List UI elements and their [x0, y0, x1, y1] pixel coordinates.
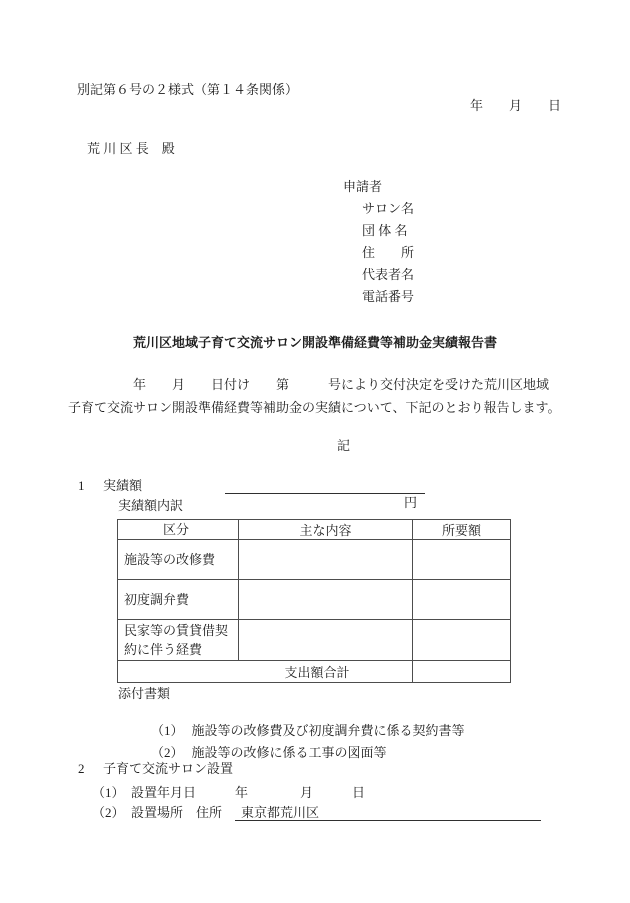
applicant-field-organization-name: 団 体 名 [343, 220, 414, 242]
body-paragraph-line1: 年 月 日付け 第 号により交付決定を受けた荒川区地域 [68, 376, 549, 393]
section2-number: 2 [78, 760, 85, 777]
installation-place-prefix: （2） 設置場所 住所 [92, 804, 235, 821]
total-label-cell: 支出額合計 [118, 661, 413, 683]
body-paragraph-line2: 子育て交流サロン開設準備経費等補助金の実績について、下記のとおり報告します。 [68, 399, 560, 416]
attachment-item-2-text: 施設等の改修に係る工事の図面等 [192, 745, 387, 760]
installation-date-line: （1） 設置年月日 年 月 日 [92, 784, 365, 801]
section1-subheading: 実績額内訳 [118, 497, 183, 514]
table-header-amount: 所要額 [413, 520, 511, 540]
attachment-item-2-number: （2） [151, 745, 184, 760]
row-amount-cell [413, 540, 511, 580]
table-header-content: 主な内容 [239, 520, 413, 540]
expense-breakdown-table: 区分 主な内容 所要額 施設等の改修費 初度調弁費 民家等の賃貸借契約に伴う経費… [117, 519, 511, 683]
applicant-field-representative-name: 代表者名 [343, 264, 414, 286]
row-content-cell [239, 540, 413, 580]
table-header-category: 区分 [118, 520, 239, 540]
section2-heading: 子育て交流サロン設置 [103, 760, 233, 777]
date-line: 年 月 日 [470, 97, 561, 114]
row-category-renovation: 施設等の改修費 [118, 540, 239, 580]
applicant-field-address: 住 所 [343, 242, 414, 264]
applicant-field-salon-name: サロン名 [343, 198, 414, 220]
document-page: 別記第６号の２様式（第１４条関係） 年 月 日 荒 川 区 長 殿 申請者 サロ… [0, 0, 630, 903]
applicant-block: 申請者 サロン名 団 体 名 住 所 代表者名 電話番号 [343, 176, 414, 308]
table-row: 初度調弁費 [118, 580, 511, 620]
table-row: 民家等の賃貸借契約に伴う経費 [118, 620, 511, 661]
section1-number: 1 [78, 477, 85, 494]
row-amount-cell [413, 620, 511, 661]
document-title: 荒川区地域子育て交流サロン開設準備経費等補助金実績報告書 [0, 334, 630, 351]
row-content-cell [239, 580, 413, 620]
table-row: 施設等の改修費 [118, 540, 511, 580]
row-content-cell [239, 620, 413, 661]
form-number: 別記第６号の２様式（第１４条関係） [77, 81, 298, 98]
attachments-label: 添付書類 [118, 685, 170, 702]
total-amount-cell [413, 661, 511, 683]
record-mark: 記 [337, 437, 350, 454]
applicant-field-phone-number: 電話番号 [343, 286, 414, 308]
applicant-label: 申請者 [343, 176, 414, 198]
amount-fill-line: 円 [225, 477, 425, 494]
row-category-initial-supplies: 初度調弁費 [118, 580, 239, 620]
section1-heading: 実績額 [103, 477, 142, 494]
row-category-lease-expense: 民家等の賃貸借契約に伴う経費 [118, 620, 239, 661]
amount-unit-label: 円 [404, 495, 417, 510]
row-amount-cell [413, 580, 511, 620]
table-total-row: 支出額合計 [118, 661, 511, 683]
installation-place-line: （2） 設置場所 住所 東京都荒川区 [92, 804, 541, 821]
addressee: 荒 川 区 長 殿 [87, 140, 175, 157]
address-fill-line: 東京都荒川区 [235, 804, 541, 821]
